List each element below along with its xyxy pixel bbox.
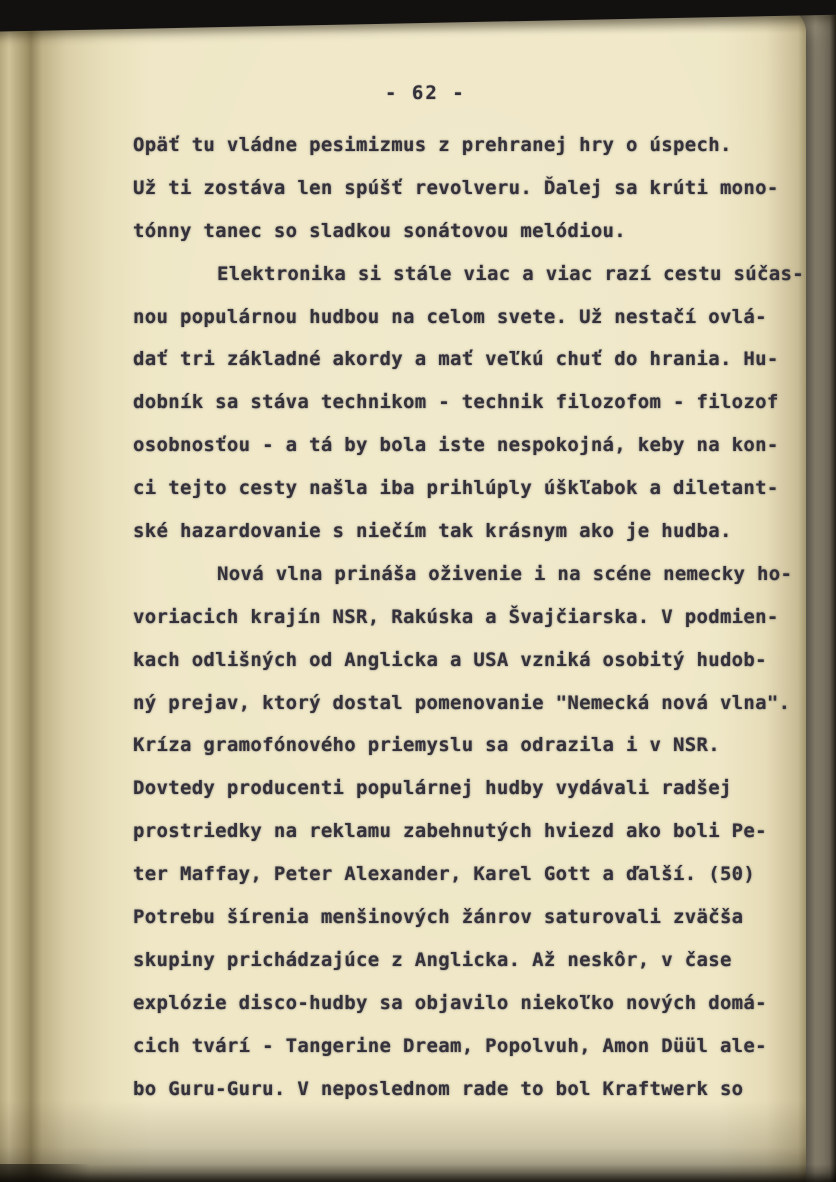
text-line: ter Maffay, Peter Alexander, Karel Gott …: [133, 853, 783, 896]
text-line: Dovtedy producenti populárnej hudby vydá…: [133, 767, 783, 810]
scan-bottom-shadow: [0, 1164, 836, 1182]
text-line: explózie disco-hudby sa objavilo niekoľk…: [133, 982, 783, 1025]
text-line: voriacich krajín NSR, Rakúska a Švajčiar…: [133, 596, 783, 639]
text-line: dobník sa stáva technikom - technik filo…: [133, 381, 783, 424]
text-line: kach odlišných od Anglicka a USA vzniká …: [133, 639, 783, 682]
text-line: skupiny prichádzajúce z Anglicka. Až nes…: [133, 939, 783, 982]
text-line: Elektronika si stále viac a viac razí ce…: [133, 253, 783, 296]
text-line: dať tri základné akordy a mať veľkú chuť…: [133, 338, 783, 381]
text-line: cich tvárí - Tangerine Dream, Popolvuh, …: [133, 1025, 783, 1068]
text-line: ný prejav, ktorý dostal pomenovanie "Nem…: [133, 682, 783, 725]
text-line: prostriedky na reklamu zabehnutých hviez…: [133, 810, 783, 853]
text-line: bo Guru-Guru. V neposlednom rade to bol …: [133, 1068, 783, 1111]
text-line: ci tejto cesty našla iba prihlúply úškľa…: [133, 467, 783, 510]
text-line: ské hazardovanie s niečím tak krásnym ak…: [133, 510, 783, 553]
text-line: Už ti zostáva len spúšť revolveru. Ďalej…: [133, 167, 783, 210]
text-line: Potrebu šírenia menšinových žánrov satur…: [133, 896, 783, 939]
text-line: tónny tanec so sladkou sonátovou melódio…: [133, 210, 783, 253]
text-line: Nová vlna prináša oživenie i na scéne ne…: [133, 553, 783, 596]
typewritten-text-block: Opäť tu vládne pesimizmus z prehranej hr…: [133, 124, 783, 1110]
text-line: Kríza gramofónového priemyslu sa odrazil…: [133, 724, 783, 767]
page-number: - 62 -: [385, 82, 466, 104]
text-line: osobnosťou - a tá by bola iste nespokojn…: [133, 424, 783, 467]
text-line: Opäť tu vládne pesimizmus z prehranej hr…: [133, 124, 783, 167]
text-line: nou populárnou hudbou na celom svete. Už…: [133, 296, 783, 339]
scanned-book-page: - 62 - Opäť tu vládne pesimizmus z prehr…: [0, 0, 836, 1182]
